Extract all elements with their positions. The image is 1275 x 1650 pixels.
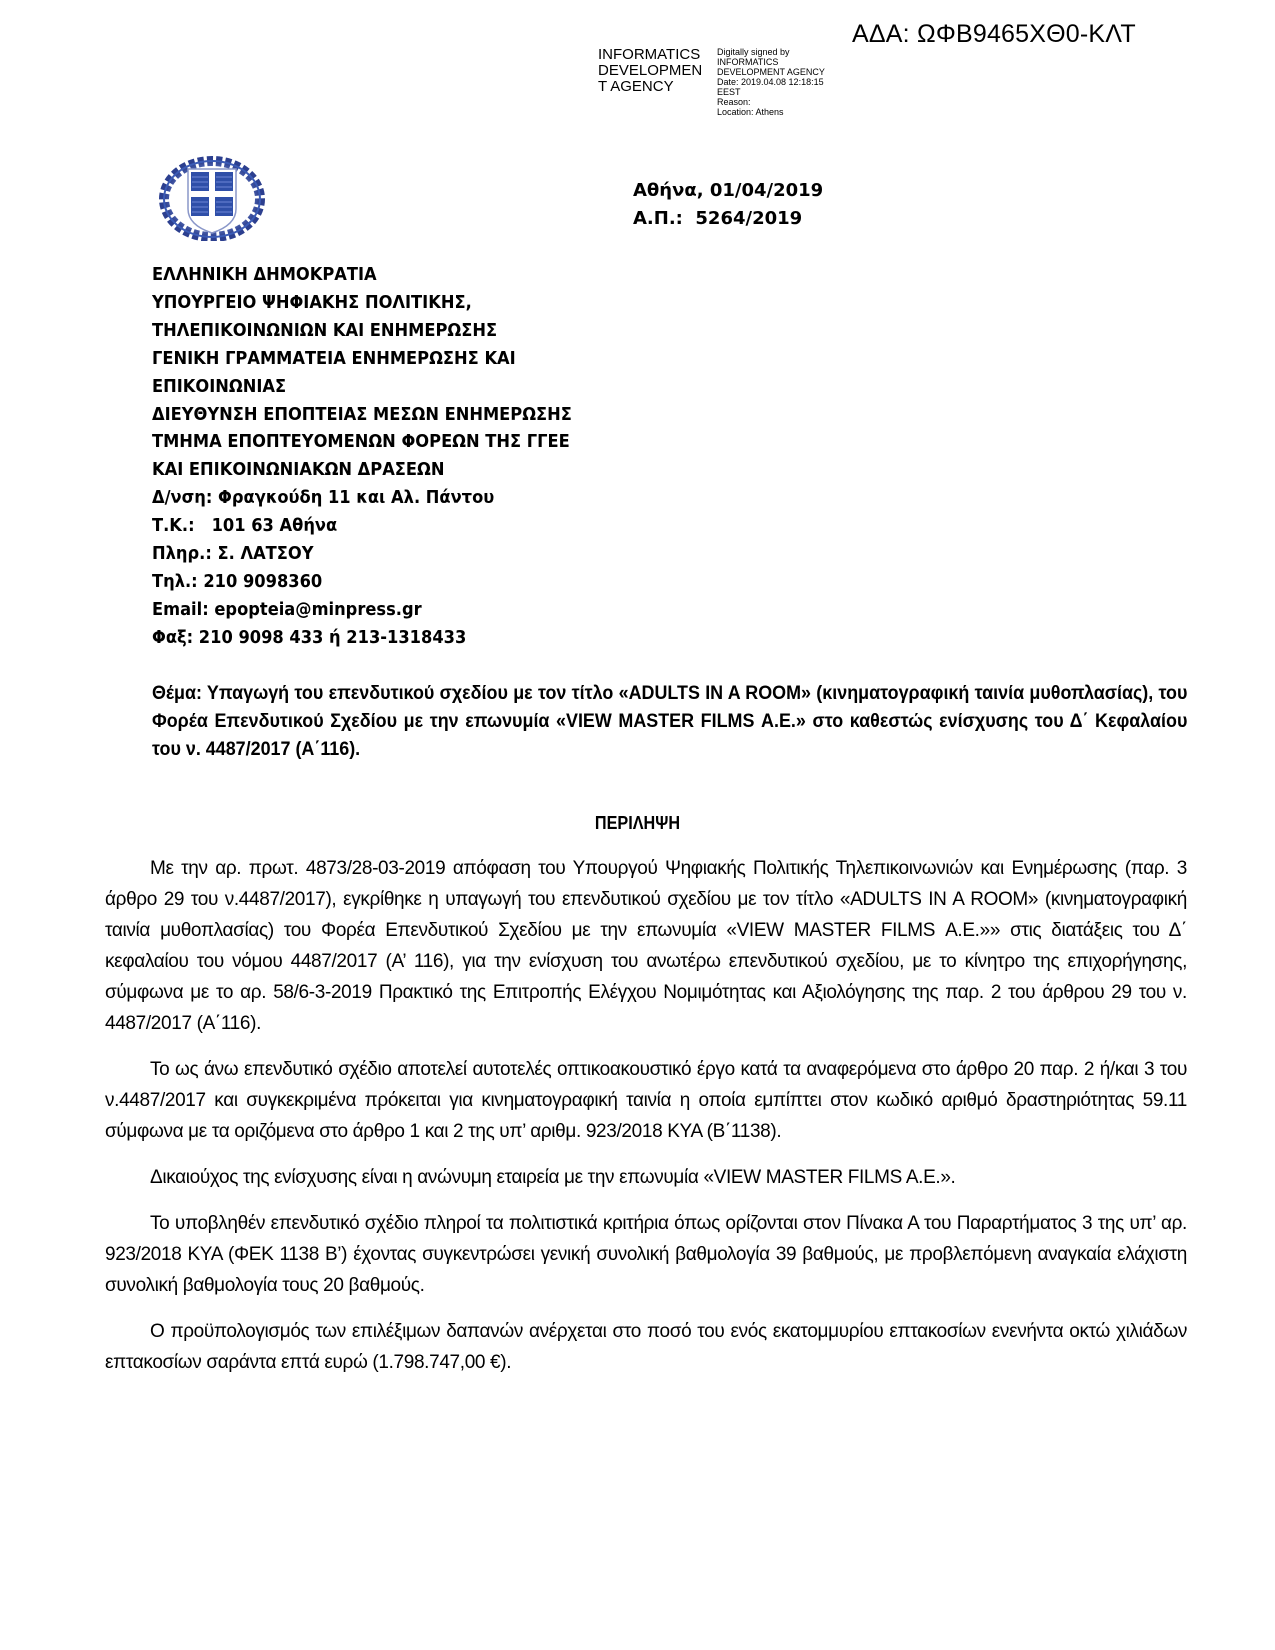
summary-paragraph: Με την αρ. πρωτ. 4873/28-03-2019 απόφαση… xyxy=(105,853,1187,1039)
signature-detail-line: DEVELOPMENT AGENCY xyxy=(717,67,825,77)
signature-details: Digitally signed by INFORMATICS DEVELOPM… xyxy=(717,47,825,117)
sender-line: ΕΛΛΗΝΙΚΗ ΔΗΜΟΚΡΑΤΙΑ xyxy=(152,262,572,290)
signature-name: INFORMATICS DEVELOPMEN T AGENCY xyxy=(598,47,702,95)
signature-detail-line: Digitally signed by xyxy=(717,47,825,57)
sender-contact-person: Πληρ.: Σ. ΛΑΤΣΟΥ xyxy=(152,541,572,569)
sender-line: ΤΗΛΕΠΙΚΟΙΝΩΝΙΩΝ ΚΑΙ ΕΝΗΜΕΡΩΣΗΣ xyxy=(152,318,572,346)
summary-title: ΠΕΡΙΛΗΨΗ xyxy=(64,813,1212,834)
sender-postal-code: Τ.Κ.: 101 63 Αθήνα xyxy=(152,513,572,541)
summary-paragraph: Το ως άνω επενδυτικό σχέδιο αποτελεί αυτ… xyxy=(105,1054,1187,1147)
sender-fax: Φαξ: 210 9098 433 ή 213-1318433 xyxy=(152,625,572,653)
sender-phone: Τηλ.: 210 9098360 xyxy=(152,569,572,597)
signature-name-line: DEVELOPMEN xyxy=(598,63,702,79)
summary-paragraph: Δικαιούχος της ενίσχυσης είναι η ανώνυμη… xyxy=(105,1162,1187,1193)
sender-line: ΤΜΗΜΑ ΕΠΟΠΤΕΥΟΜΕΝΩΝ ΦΟΡΕΩΝ ΤΗΣ ΓΓΕΕ xyxy=(152,429,572,457)
sender-line: ΓΕΝΙΚΗ ΓΡΑΜΜΑΤΕΙΑ ΕΝΗΜΕΡΩΣΗΣ ΚΑΙ xyxy=(152,346,572,374)
document-date: Αθήνα, 01/04/2019 xyxy=(633,177,823,205)
sender-line: ΔΙΕΥΘΥΝΣΗ ΕΠΟΠΤΕΙΑΣ ΜΕΣΩΝ ΕΝΗΜΕΡΩΣΗΣ xyxy=(152,402,572,430)
summary-paragraph: Το υποβληθέν επενδυτικό σχέδιο πληροί τα… xyxy=(105,1208,1187,1301)
ada-code: ΑΔΑ: ΩΦΒ9465ΧΘ0-ΚΛΤ xyxy=(852,20,1136,49)
sender-line: ΚΑΙ ΕΠΙΚΟΙΝΩΝΙΑΚΩΝ ΔΡΑΣΕΩΝ xyxy=(152,457,572,485)
signature-detail-line: Location: Athens xyxy=(717,107,825,117)
subject-block: Θέμα: Υπαγωγή του επενδυτικού σχεδίου με… xyxy=(152,680,1187,764)
summary-paragraph: Ο προϋπολογισμός των επιλέξιμων δαπανών … xyxy=(105,1316,1187,1378)
signature-detail-line: Reason: xyxy=(717,97,825,107)
signature-name-line: INFORMATICS xyxy=(598,47,702,63)
sender-line: ΥΠΟΥΡΓΕΙΟ ΨΗΦΙΑΚΗΣ ΠΟΛΙΤΙΚΗΣ, xyxy=(152,290,572,318)
sender-line: ΕΠΙΚΟΙΝΩΝΙΑΣ xyxy=(152,374,572,402)
date-block: Αθήνα, 01/04/2019 Α.Π.: 5264/2019 xyxy=(633,177,823,233)
subject-text: : Υπαγωγή του επενδυτικού σχεδίου με τον… xyxy=(152,683,1187,760)
summary-body: Με την αρ. πρωτ. 4873/28-03-2019 απόφαση… xyxy=(105,853,1187,1393)
greek-coat-of-arms-icon xyxy=(158,155,266,241)
protocol-number: Α.Π.: 5264/2019 xyxy=(633,205,823,233)
signature-detail-line: INFORMATICS xyxy=(717,57,825,67)
sender-block: ΕΛΛΗΝΙΚΗ ΔΗΜΟΚΡΑΤΙΑ ΥΠΟΥΡΓΕΙΟ ΨΗΦΙΑΚΗΣ Π… xyxy=(152,262,572,653)
sender-address: Δ/νση: Φραγκούδη 11 και Αλ. Πάντου xyxy=(152,485,572,513)
signature-detail-line: Date: 2019.04.08 12:18:15 xyxy=(717,77,825,87)
signature-detail-line: EEST xyxy=(717,87,825,97)
signature-name-line: T AGENCY xyxy=(598,79,702,95)
sender-email[interactable]: Email: epopteia@minpress.gr xyxy=(152,597,572,625)
subject-label: Θέμα xyxy=(152,683,196,704)
